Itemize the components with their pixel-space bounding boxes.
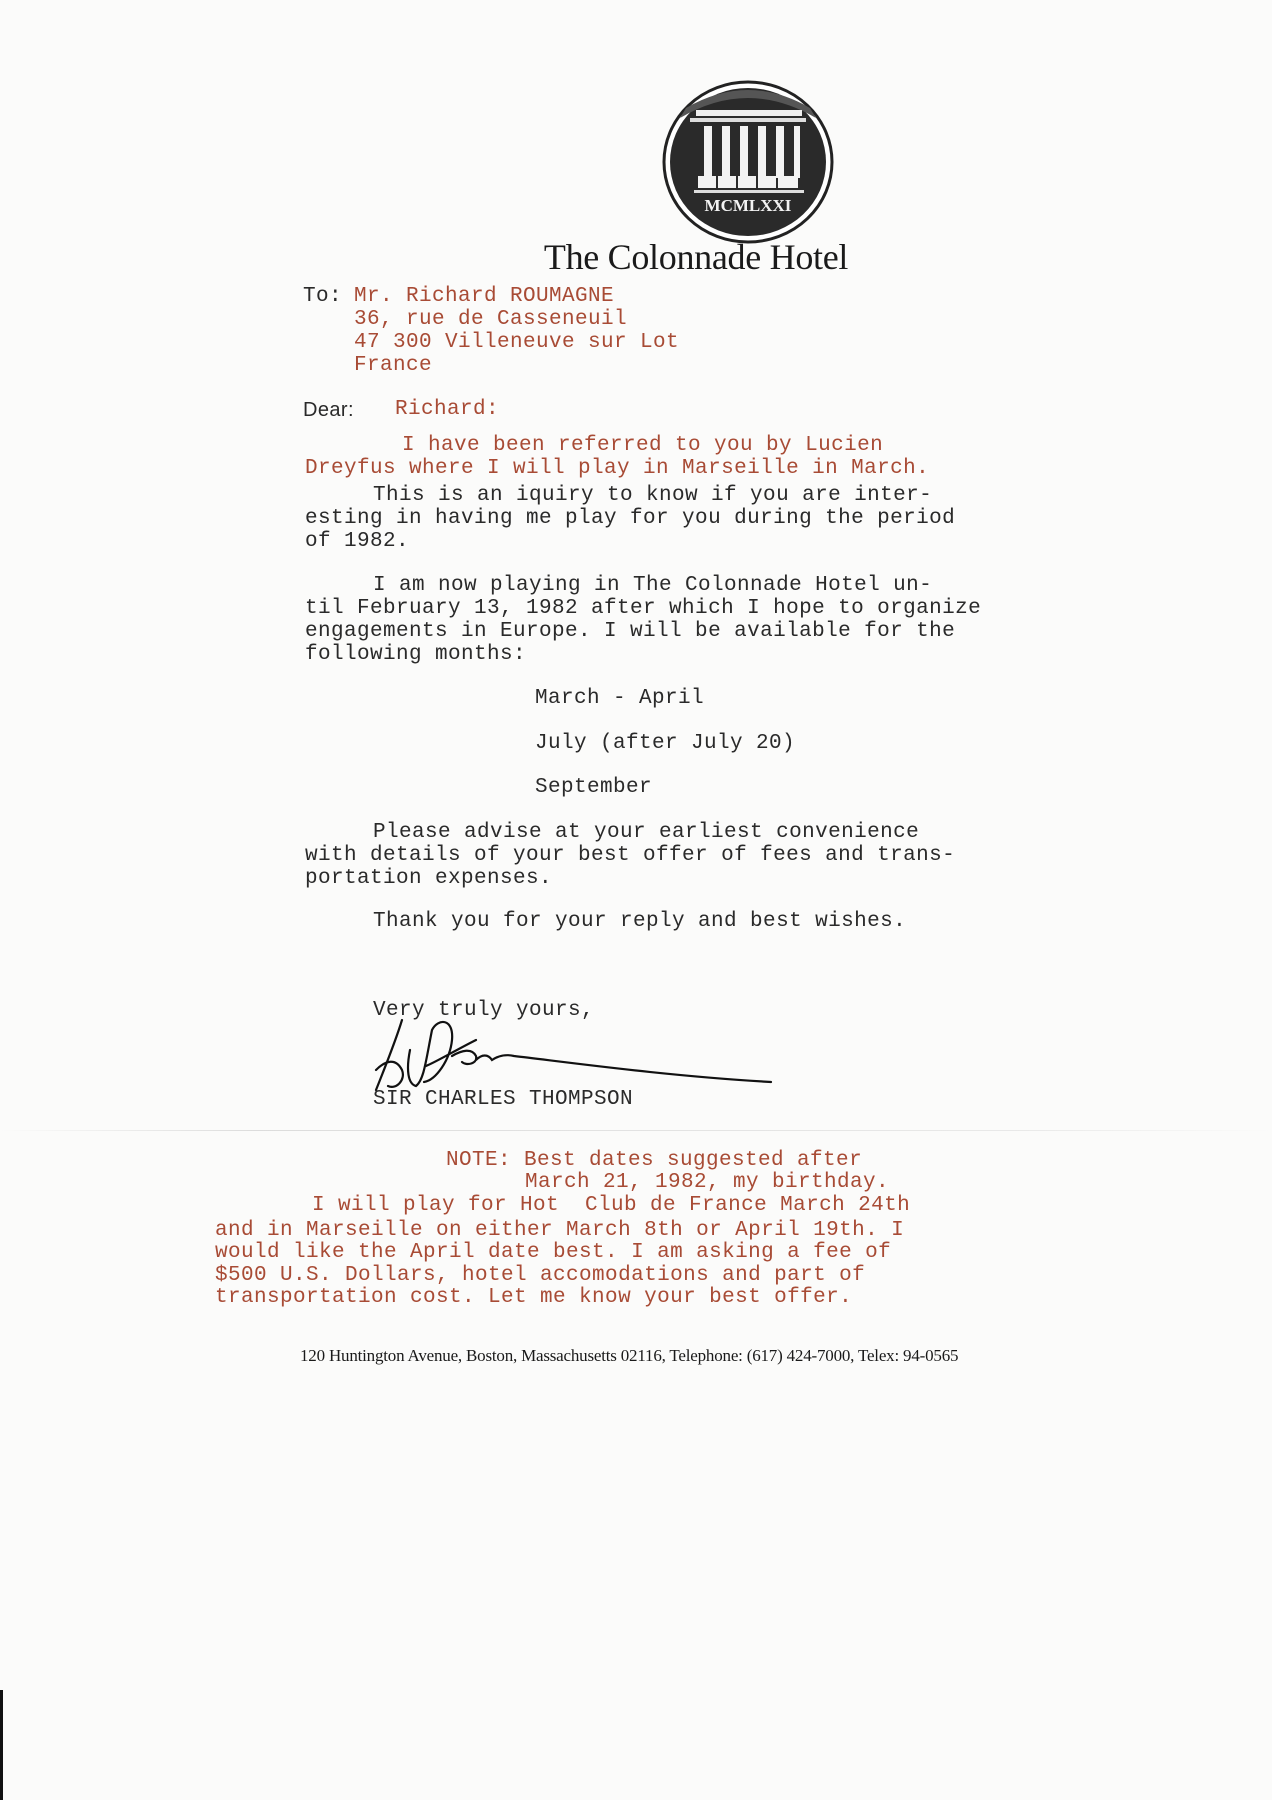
hotel-name-heading: The Colonnade Hotel — [0, 236, 1272, 278]
recipient-label: To: — [303, 284, 342, 310]
paragraph1-line3: of 1982. — [305, 529, 409, 555]
recipient-country: France — [354, 353, 432, 379]
referral-line2: Dreyfus where I will play in Marseille i… — [305, 456, 929, 482]
availability-item: July (after July 20) — [535, 731, 795, 757]
availability-item: March - April — [535, 686, 704, 712]
availability-item: September — [535, 775, 652, 801]
signer-name: SIR CHARLES THOMPSON — [373, 1087, 633, 1113]
paragraph3-line3: portation expenses. — [305, 866, 552, 892]
note-line3: I will play for Hot Club de France March… — [312, 1193, 910, 1219]
footer-address: 120 Huntington Avenue, Boston, Massachus… — [300, 1346, 958, 1366]
salutation-name: Richard: — [395, 397, 499, 423]
paper-fold-line — [0, 1130, 1272, 1131]
scan-edge-mark — [0, 1690, 3, 1800]
colonnade-emblem-icon: MCMLXXI — [660, 78, 836, 246]
salutation-label: Dear: — [303, 397, 354, 423]
svg-text:MCMLXXI: MCMLXXI — [705, 196, 792, 215]
note-line7: transportation cost. Let me know your be… — [215, 1285, 852, 1311]
paragraph2-line4: following months: — [305, 642, 526, 668]
thanks-line: Thank you for your reply and best wishes… — [373, 909, 906, 935]
